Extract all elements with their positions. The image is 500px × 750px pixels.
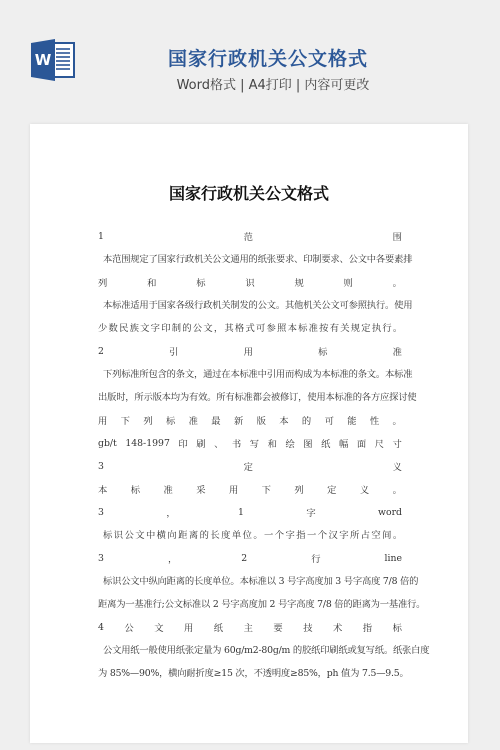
document-line: 少数民族文字印制的公文，其格式可参照本标准按有关规定执行。: [98, 320, 402, 336]
document-token: 和: [268, 436, 277, 450]
document-token: 义: [360, 482, 369, 496]
document-token: 要: [273, 620, 282, 634]
document-token: 1: [238, 507, 244, 518]
document-token: 标: [393, 620, 402, 634]
document-token: 4: [98, 622, 104, 633]
document-token: 用: [229, 482, 238, 496]
document-token: ，: [166, 505, 175, 519]
document-token: 列: [143, 413, 152, 427]
document-token: 能: [347, 413, 356, 427]
document-token: 可: [325, 413, 334, 427]
document-token: 尺: [375, 436, 384, 450]
document-token: 和: [147, 275, 156, 289]
document-token: 1: [98, 231, 104, 242]
document-token: 。: [393, 275, 402, 289]
document-line: 4公文用纸主要技术指标: [98, 619, 402, 635]
document-token: 公: [124, 620, 133, 634]
document-token: 规: [294, 275, 303, 289]
document-token: 幅: [339, 436, 348, 450]
document-token: 定: [244, 459, 253, 473]
document-line: 列和标识规则。: [98, 274, 402, 290]
document-line: 本标准适用于国家各级行政机关制发的公文。其他机关公文可参照执行。使用: [98, 297, 402, 313]
document-token: word: [378, 507, 402, 518]
document-token: ，: [168, 551, 177, 565]
document-token: 引: [169, 344, 178, 358]
document-token: 用: [244, 344, 253, 358]
document-token: 2: [98, 346, 104, 357]
document-token: 印: [178, 436, 187, 450]
document-token: 识: [245, 275, 254, 289]
document-token: 新: [234, 413, 243, 427]
document-token: 围: [393, 229, 402, 243]
document-token: 。: [393, 413, 402, 427]
document-line: 为 85%—90%，横向耐折度≥15 次，不透明度≥85%，ph 值为 7.5—…: [98, 665, 402, 681]
document-token: 则: [344, 275, 353, 289]
document-token: 准: [189, 413, 198, 427]
banner-title: 国家行政机关公文格式: [0, 44, 500, 71]
document-token: 用: [98, 413, 107, 427]
document-token: 指: [363, 620, 372, 634]
document-token: 版: [257, 413, 266, 427]
banner-subtitle: Word格式 | A4打印 | 内容可更改: [0, 74, 500, 93]
document-title: 国家行政机关公文格式: [30, 181, 468, 204]
document-token: 准: [393, 344, 402, 358]
document-line: 出版时，所示版本均为有效。所有标准都会被修订，使用本标准的各方应探讨使: [98, 389, 402, 405]
document-line: 3，2行line: [98, 550, 402, 566]
document-line: 2引用标准: [98, 343, 402, 359]
document-token: 定: [327, 482, 336, 496]
document-line: 距离为一基准行;公文标准以 2 号字高度加 2 号字高度 7/8 倍的距离为一基…: [98, 596, 402, 612]
document-token: 。: [393, 482, 402, 496]
document-token: 标: [166, 413, 175, 427]
document-token: 准: [163, 482, 172, 496]
document-token: 写: [250, 436, 259, 450]
document-token: 3: [98, 507, 104, 518]
document-page: 国家行政机关公文格式 1范围本范围规定了国家行政机关公文通用的纸张要求、印制要求…: [30, 124, 468, 743]
document-token: 纸: [321, 436, 330, 450]
document-token: 纸: [214, 620, 223, 634]
document-line: gb/t148-1997印刷、书写和绘图纸幅面尺寸: [98, 435, 402, 451]
document-token: 采: [196, 482, 205, 496]
document-token: 下: [262, 482, 271, 496]
document-line: 标识公文中横向距离的长度单位。一个字指一个汉字所占空间。: [98, 527, 402, 543]
document-token: 刷: [196, 436, 205, 450]
document-line: 3定义: [98, 458, 402, 474]
document-token: 术: [333, 620, 342, 634]
document-token: 主: [244, 620, 253, 634]
document-token: 书: [232, 436, 241, 450]
document-line: 下列标准所包含的条文，通过在本标准中引用而构成为本标准的条文。本标准: [98, 366, 402, 382]
document-token: 下: [121, 413, 130, 427]
document-token: 148-1997: [125, 438, 170, 449]
document-line: 1范围: [98, 228, 402, 244]
document-token: 范: [244, 229, 253, 243]
document-token: 技: [303, 620, 312, 634]
document-line: 公文用纸一般使用纸张定量为 60g/m2-80g/m 的胶纸印刷纸或复写纸。纸张…: [98, 642, 402, 658]
document-line: 3，1字word: [98, 504, 402, 520]
document-token: 的: [302, 413, 311, 427]
document-token: 标: [318, 344, 327, 358]
document-token: 义: [393, 459, 402, 473]
document-token: 面: [357, 436, 366, 450]
document-line: 本标准采用下列定义。: [98, 481, 402, 497]
document-token: 绘: [285, 436, 294, 450]
document-token: 最: [211, 413, 220, 427]
document-token: 标: [196, 275, 205, 289]
document-token: 文: [154, 620, 163, 634]
document-token: gb/t: [98, 438, 117, 449]
document-token: 字: [306, 505, 315, 519]
document-token: 本: [98, 482, 107, 496]
document-line: 标识公文中纵向距离的长度单位。本标准以 3 号字高度加 3 号字高度 7/8 倍…: [98, 573, 402, 589]
document-token: 用: [184, 620, 193, 634]
document-line: 用下列标准最新版本的可能性。: [98, 412, 402, 428]
document-token: 列: [294, 482, 303, 496]
document-token: 、: [214, 436, 223, 450]
document-token: 标: [131, 482, 140, 496]
document-token: 行: [311, 551, 320, 565]
document-token: 列: [98, 275, 107, 289]
document-token: line: [385, 553, 402, 564]
document-token: 2: [241, 553, 247, 564]
document-token: 3: [98, 461, 104, 472]
document-token: 本: [279, 413, 288, 427]
document-token: 寸: [393, 436, 402, 450]
document-token: 图: [303, 436, 312, 450]
document-token: 性: [370, 413, 379, 427]
document-token: 3: [98, 553, 104, 564]
document-line: 本范围规定了国家行政机关公文通用的纸张要求、印制要求、公文中各要素排: [98, 251, 402, 267]
